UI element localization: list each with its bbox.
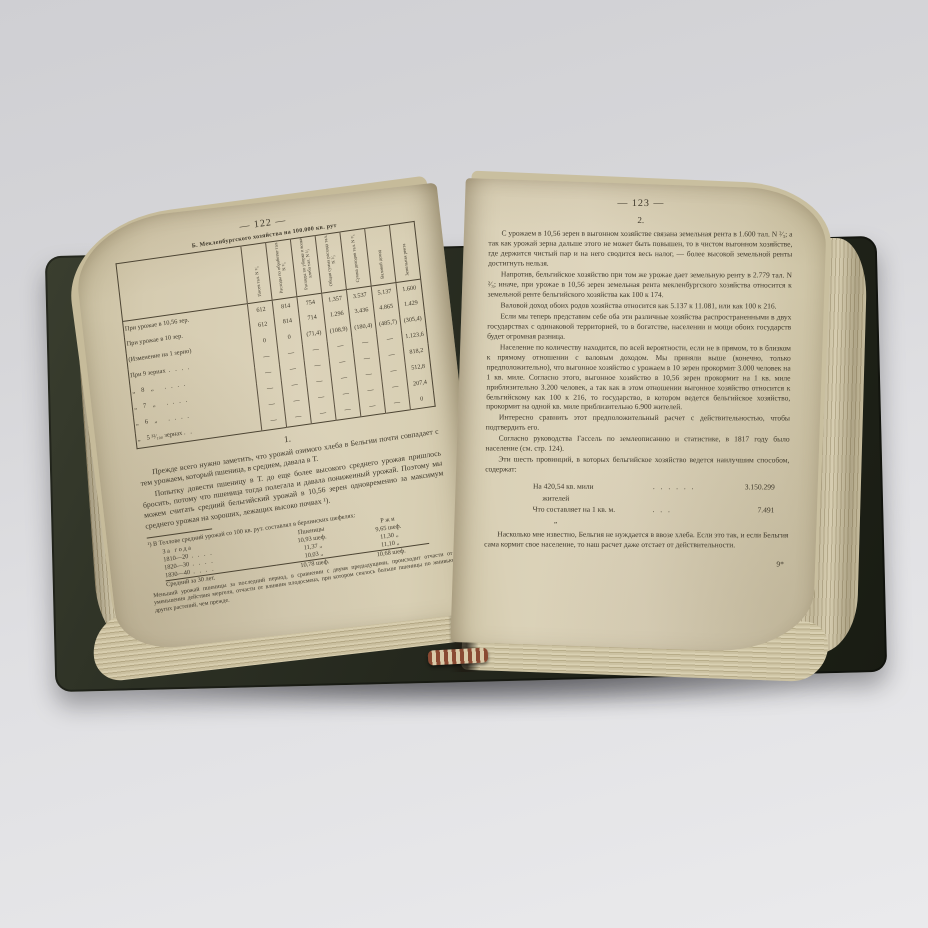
stat-label: Что составляет на 1 кв. м. <box>533 503 651 515</box>
stat-label: На 420,54 кв. мили <box>533 481 651 493</box>
stat-unit: жителей <box>533 492 579 503</box>
table-column-header-label: Земельная рента <box>401 243 410 276</box>
left-page: — 122 — Б. Мекленбургского хозяйства на … <box>71 183 486 654</box>
closing-paragraph: Насколько мне известно, Бельгия не нужда… <box>484 530 788 551</box>
right-page-number: — 123 — <box>489 197 793 209</box>
right-paragraph-block: С урожаем в 10,56 зерен в выгонном хозяй… <box>485 228 792 475</box>
table-column-header-label: Общая сумма расхода тал. N ²⁄₃ <box>322 233 338 286</box>
stat-leader-dots: . . . <box>652 504 714 515</box>
right-page: — 123 — 2. С урожаем в 10,56 зерен в выг… <box>450 178 827 654</box>
table-column-header-label: Расходы по обработке тал. N ²⁄₃ <box>273 241 289 294</box>
mecklenburg-economy-table: Посев тал. N ²⁄₃Расходы по обработке тал… <box>115 221 435 449</box>
right-section-number: 2. <box>489 214 793 225</box>
stat-line: На 420,54 кв. мили . . . . . . 3.150.299… <box>533 481 789 504</box>
right-paragraph: Валовой доход обоих родов хозяйства отно… <box>487 300 791 311</box>
table-cell: 0 <box>409 390 436 409</box>
population-stats: На 420,54 кв. мили . . . . . . 3.150.299… <box>532 481 789 527</box>
right-paragraph: Эти шесть провинций, в которых бельгийск… <box>485 455 789 476</box>
table-cell: — <box>384 394 411 413</box>
stat-unit: „ <box>532 515 578 526</box>
right-paragraph: Население по количеству находится, по вс… <box>486 342 791 413</box>
table-cell: — <box>310 404 337 423</box>
right-paragraph: Интересно сравнить этот предположительны… <box>486 413 790 434</box>
stat-line: Что составляет на 1 кв. м. . . . 7.491 „ <box>532 503 788 526</box>
table-cell: — <box>285 408 312 427</box>
right-paragraph: С урожаем в 10,56 зерен в выгонном хозяй… <box>488 228 793 269</box>
left-page-content: — 122 — Б. Мекленбургского хозяйства на … <box>71 183 484 654</box>
table-cell: — <box>359 397 386 416</box>
table-cell: — <box>260 411 287 430</box>
table-column-header-label: Сумма доходов тал. N ²⁄₃ <box>350 234 361 282</box>
photo-scene: — 122 — Б. Мекленбургского хозяйства на … <box>0 0 928 928</box>
right-paragraph: Согласно руководства Гассель по землеопи… <box>485 434 789 455</box>
table-column-header-label: Расходы по уборке и возке хлеба тал. N ²… <box>298 237 314 290</box>
table-cell: — <box>335 401 362 420</box>
table-column-header-label: Валовой доход <box>377 250 386 279</box>
right-paragraph: Если мы теперь представим себе оба эти р… <box>487 311 791 342</box>
endband-striped <box>428 647 489 665</box>
stat-value: 7.491 <box>716 504 774 515</box>
stat-leader-dots: . . . . . . <box>653 481 715 492</box>
signature-mark: 9* <box>484 559 788 569</box>
stat-value: 3.150.299 <box>717 482 775 493</box>
right-page-content: — 123 — 2. С урожаем в 10,56 зерен в выг… <box>455 183 823 648</box>
table-column-header: Земельная рента <box>389 221 420 282</box>
table-column-header-label: Посев тал. N ²⁄₃ <box>253 266 262 297</box>
right-paragraph: Напротив, бельгийское хозяйство при том … <box>488 269 792 300</box>
